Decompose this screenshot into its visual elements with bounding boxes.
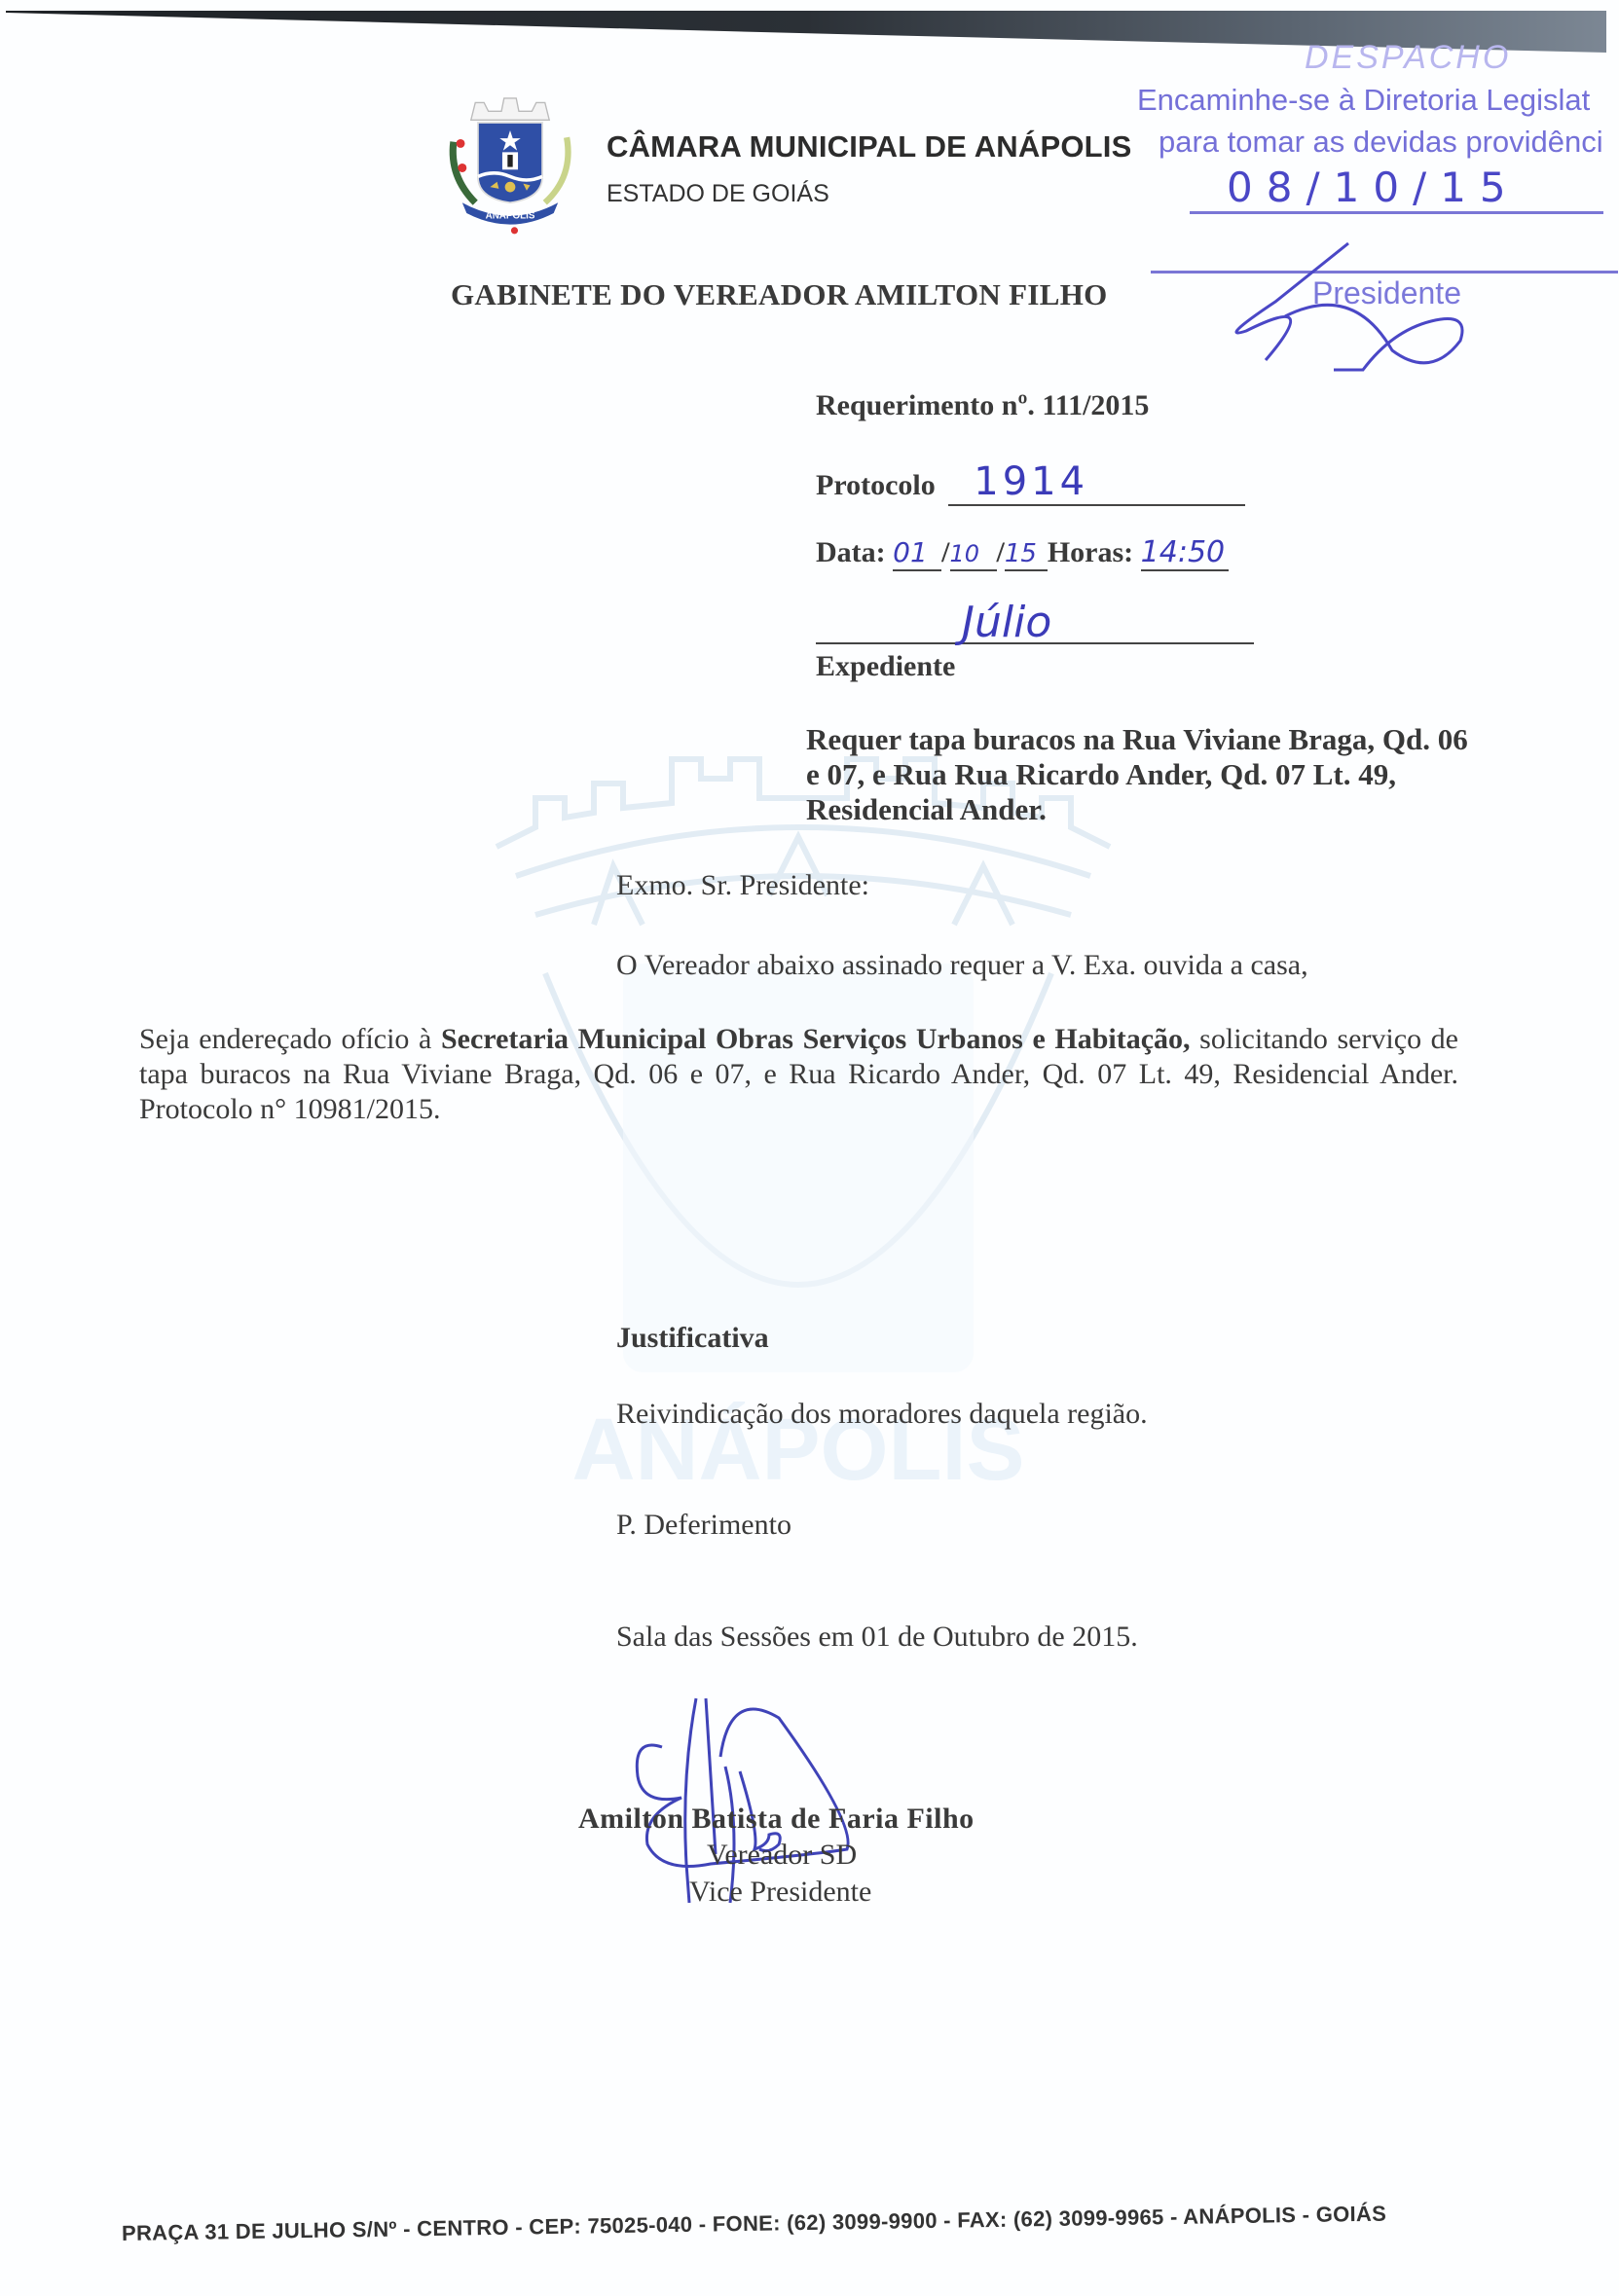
- salutation: Exmo. Sr. Presidente:: [616, 869, 869, 902]
- data-day: 01: [893, 536, 928, 568]
- protocolo-row: Protocolo 1914: [816, 459, 1245, 506]
- justification-text: Reivindicação dos moradores daquela regi…: [616, 1398, 1148, 1431]
- horas-label: Horas:: [1048, 536, 1133, 568]
- stamp-line-2: para tomar as devidas providênci: [1159, 125, 1603, 160]
- protocolo-field: 1914: [948, 459, 1245, 506]
- data-label: Data:: [816, 536, 886, 568]
- watermark-coat-of-arms: ANÁPOLIS: [458, 720, 1139, 1577]
- intro-paragraph: O Vereador abaixo assinado requer a V. E…: [616, 949, 1308, 982]
- justification-heading: Justificativa: [616, 1322, 769, 1355]
- signer-name: Amilton Batista de Faria Filho: [578, 1803, 975, 1836]
- logo-banner-text: ANÁPOLIS: [486, 209, 535, 221]
- body-prefix: Seja endereçado ofício à: [139, 1023, 441, 1055]
- body-recipient: Secretaria Municipal Obras Serviços Urba…: [441, 1023, 1191, 1055]
- expediente-signature: Júlio: [962, 598, 1051, 647]
- stamp-handwritten-date: 08/10/15: [1227, 164, 1520, 211]
- organization-subtitle: ESTADO DE GOIÁS: [607, 180, 829, 208]
- protocolo-label: Protocolo: [816, 469, 936, 501]
- data-year: 15: [1005, 539, 1037, 568]
- place-date: Sala das Sessões em 01 de Outubro de 201…: [616, 1621, 1138, 1654]
- footer-address: PRAÇA 31 DE JULHO S/Nº - CENTRO - CEP: 7…: [122, 2202, 1387, 2246]
- request-body: Seja endereçado ofício à Secretaria Muni…: [139, 1022, 1458, 1127]
- stamp-line-1: Encaminhe-se à Diretoria Legislat: [1137, 83, 1590, 118]
- request-summary: Requer tapa buracos na Rua Viviane Braga…: [806, 722, 1468, 827]
- stamp-title: DESPACHO: [1305, 39, 1511, 77]
- protocolo-value: 1914: [974, 459, 1088, 504]
- data-month: 10: [950, 540, 980, 567]
- data-row: Data: 01/10/15Horas: 14:50: [816, 535, 1229, 571]
- signer-role: Vereador SD: [707, 1839, 857, 1872]
- organization-title: CÂMARA MUNICIPAL DE ANÁPOLIS: [607, 129, 1132, 164]
- stamp-date-line: [1190, 211, 1603, 214]
- president-signature: [1139, 224, 1548, 380]
- requerimento-number: Requerimento nº. 111/2015: [816, 389, 1149, 422]
- closing: P. Deferimento: [616, 1509, 791, 1542]
- coat-of-arms-logo: ANÁPOLIS: [436, 86, 584, 241]
- expediente-label: Expediente: [816, 650, 955, 683]
- office-heading: GABINETE DO VEREADOR AMILTON FILHO: [451, 277, 1108, 312]
- signer-role-2: Vice Presidente: [689, 1876, 871, 1909]
- expediente-line: Júlio: [816, 603, 1254, 644]
- horas-value: 14:50: [1141, 535, 1225, 569]
